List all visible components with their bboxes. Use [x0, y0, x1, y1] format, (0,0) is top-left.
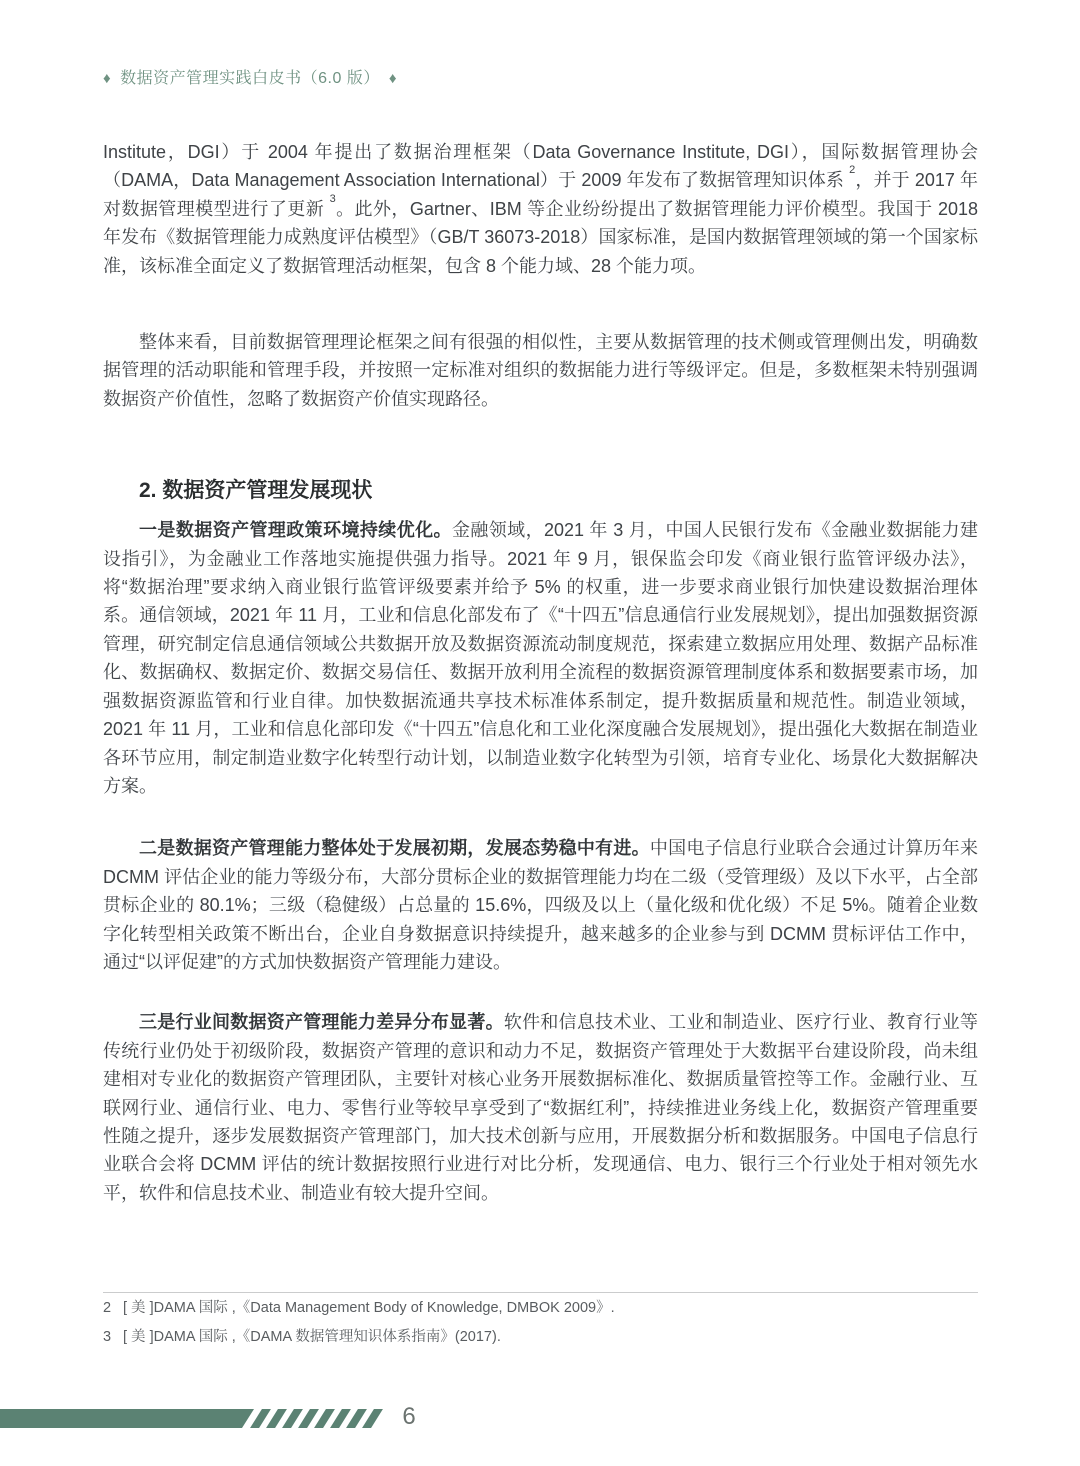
footnotes-block: 2[ 美 ]DAMA 国际 ,《Data Management Body of … [103, 1294, 978, 1352]
diamond-icon: ♦ [103, 70, 111, 87]
p3-text: 金融领域，2021 年 3 月，中国人民银行发布《金融业数据能力建设指引》，为金… [103, 520, 978, 796]
page-content-column: ♦数据资产管理实践白皮书（6.0 版）♦ Institute，DGI）于 200… [103, 0, 978, 1207]
section-heading-development-status: 2. 数据资产管理发展现状 [103, 476, 978, 506]
paragraph-theory-frameworks: Institute，DGI）于 2004 年提出了数据治理框架（Data Gov… [103, 138, 978, 280]
paragraph-overall-view: 整体来看，目前数据管理理论框架之间有很强的相似性，主要从数据管理的技术侧或管理侧… [103, 328, 978, 413]
running-header: ♦数据资产管理实践白皮书（6.0 版）♦ [103, 67, 978, 91]
p5-text: 软件和信息技术业、工业和制造业、医疗行业、教育行业等传统行业仍处于初级阶段，数据… [103, 1012, 978, 1202]
running-header-title: 数据资产管理实践白皮书（6.0 版） [120, 70, 380, 87]
p5-bold-lead: 三是行业间数据资产管理能力差异分布显著。 [139, 1012, 504, 1032]
footnote-3: 3[ 美 ]DAMA 国际 ,《DAMA 数据管理知识体系指南》(2017). [103, 1323, 978, 1352]
footnote-ref-3: 3 [330, 193, 336, 205]
paragraph-industry-differences: 三是行业间数据资产管理能力差异分布显著。软件和信息技术业、工业和制造业、医疗行业… [103, 1008, 978, 1207]
footnote-3-text: [ 美 ]DAMA 国际 ,《DAMA 数据管理知识体系指南》(2017). [123, 1329, 501, 1345]
footer-slash-stripes [256, 1409, 377, 1428]
footer-accent-bar [0, 1409, 254, 1428]
footnote-2-text: [ 美 ]DAMA 国际 ,《Data Management Body of K… [123, 1300, 615, 1316]
p1-text-a: Institute，DGI）于 2004 年提出了数据治理框架（Data Gov… [103, 142, 978, 190]
paragraph-capability-early-stage: 二是数据资产管理能力整体处于发展初期，发展态势稳中有进。中国电子信息行业联合会通… [103, 834, 978, 976]
page-number: 6 [394, 1402, 424, 1432]
footnote-ref-2: 2 [849, 164, 855, 176]
diamond-icon: ♦ [389, 70, 397, 87]
footnote-3-number: 3 [103, 1323, 123, 1352]
paragraph-policy-environment: 一是数据资产管理政策环境持续优化。金融领域，2021 年 3 月，中国人民银行发… [103, 516, 978, 800]
footnote-2: 2[ 美 ]DAMA 国际 ,《Data Management Body of … [103, 1294, 978, 1323]
slash-stripe [362, 1409, 383, 1428]
p3-bold-lead: 一是数据资产管理政策环境持续优化。 [139, 520, 452, 540]
footnote-2-number: 2 [103, 1294, 123, 1323]
footnote-separator-rule [103, 1292, 978, 1293]
p4-text: 中国电子信息行业联合会通过计算历年来 DCMM 评估企业的能力等级分布，大部分贯… [103, 838, 978, 972]
whitepaper-page: ♦数据资产管理实践白皮书（6.0 版）♦ Institute，DGI）于 200… [0, 0, 1080, 1466]
p4-bold-lead: 二是数据资产管理能力整体处于发展初期，发展态势稳中有进。 [139, 838, 650, 858]
